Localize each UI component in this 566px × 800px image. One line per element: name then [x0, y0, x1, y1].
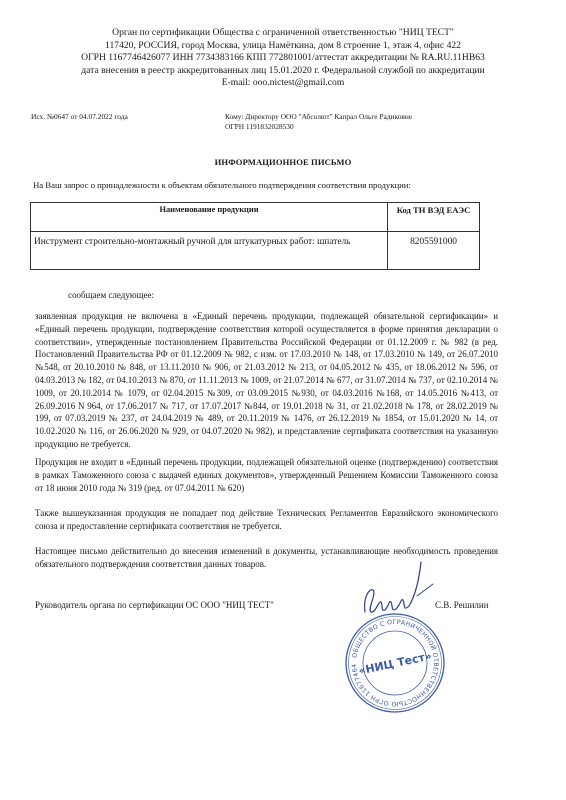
paragraph-not-included: заявленная продукция не включена в «Един… — [35, 310, 498, 451]
paragraph-tech-regulations: Также вышеуказанная продукция не попадае… — [35, 507, 498, 533]
letterhead-address: 117420, РОССИЯ, город Москва, улица Намё… — [0, 40, 566, 53]
handwritten-signature-icon — [355, 560, 465, 620]
hs-code-cell: 8205591000 — [388, 232, 480, 270]
letterhead: Орган по сертификации Общества с огранич… — [0, 27, 566, 90]
letterhead-accreditation-date: дата внесения в реестр аккредитованных л… — [0, 65, 566, 78]
column-header-product-name: Наименование продукции — [31, 203, 388, 232]
products-table: Наименование продукции Код ТН ВЭД ЕАЭС И… — [30, 202, 480, 270]
letterhead-registration: ОГРН 1167746426077 ИНН 7734383166 КПП 77… — [0, 52, 566, 65]
recipient-ogrn: ОГРН 1191832028530 — [225, 122, 412, 132]
recipient-name: Кому: Директору ООО "Абсолют" Капрал Оль… — [225, 112, 412, 122]
intro-text: На Ваш запрос о принадлежности к объекта… — [33, 180, 411, 190]
letterhead-org-name: Орган по сертификации Общества с огранич… — [0, 27, 566, 40]
signatory-role: Руководитель органа по сертификации ОС О… — [35, 600, 274, 610]
outgoing-reference: Исх. №0647 от 04.07.2022 года — [31, 112, 128, 121]
paragraph-customs-union: Продукция не входит в «Единый перечень п… — [35, 456, 498, 494]
signatory-name: С.В. Решилин — [435, 600, 489, 610]
letter-page: Орган по сертификации Общества с огранич… — [0, 0, 566, 800]
column-header-hs-code: Код ТН ВЭД ЕАЭС — [388, 203, 480, 232]
letterhead-email: E-mail: ooo.nictest@gmail.com — [0, 77, 566, 90]
company-seal-icon: ОБЩЕСТВО С ОГРАНИЧЕННОЙ ОТВЕТСТВЕННОСТЬЮ… — [344, 612, 446, 714]
table-header-row: Наименование продукции Код ТН ВЭД ЕАЭС — [31, 203, 480, 232]
lead-text: сообщаем следующее: — [68, 290, 154, 300]
seal-center-text: «НИЦ Тест» — [357, 649, 433, 677]
letter-title: ИНФОРМАЦИОННОЕ ПИСЬМО — [0, 157, 566, 167]
product-name-cell: Инструмент строительно-монтажный ручной … — [31, 232, 388, 270]
table-row: Инструмент строительно-монтажный ручной … — [31, 232, 480, 270]
recipient-block: Кому: Директору ООО "Абсолют" Капрал Оль… — [225, 112, 412, 133]
